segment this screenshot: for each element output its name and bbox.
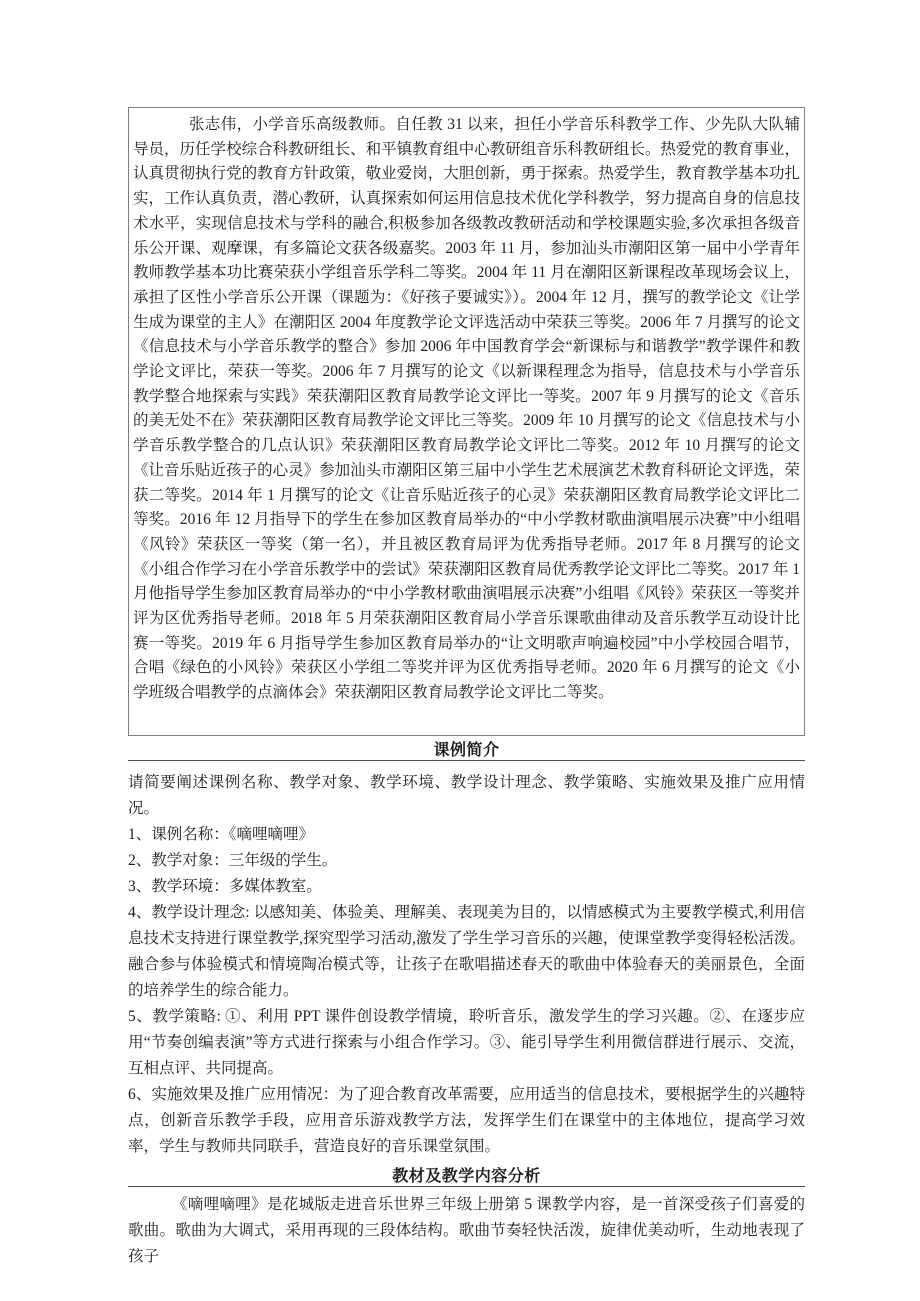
teacher-profile-cell: 张志伟，小学音乐高级教师。自任教 31 以来，担任小学音乐科教学工作、少先队大队… (128, 107, 805, 736)
teaching-target-item: 2、教学对象：三年级的学生。 (128, 848, 805, 874)
course-intro-prompt: 请简要阐述课例名称、教学对象、教学环境、教学设计理念、教学策略、实施效果及推广应… (128, 770, 805, 822)
design-concept-item: 4、教学设计理念: 以感知美、体验美、理解美、表现美为目的，以情感模式为主要教学… (128, 900, 805, 1004)
teacher-bio-paragraph: 张志伟，小学音乐高级教师。自任教 31 以来，担任小学音乐科教学工作、少先队大队… (133, 113, 800, 706)
course-intro-title-text: 课例简介 (433, 737, 499, 760)
teaching-environment-item: 3、教学环境：多媒体教室。 (128, 874, 805, 900)
implementation-effect-item: 6、实施效果及推广应用情况：为了迎合教育改革需要，应用适当的信息技术，要根据学生… (128, 1082, 805, 1160)
document-page: 张志伟，小学音乐高级教师。自任教 31 以来，担任小学音乐科教学工作、少先队大队… (0, 0, 920, 1301)
section-title-course-intro: 课例简介 (128, 736, 805, 761)
course-intro-body: 请简要阐述课例名称、教学对象、教学环境、教学设计理念、教学策略、实施效果及推广应… (128, 761, 805, 1160)
document-table: 张志伟，小学音乐高级教师。自任教 31 以来，担任小学音乐科教学工作、少先队大队… (128, 107, 805, 1270)
teaching-strategy-item: 5、教学策略: ①、利用 PPT 课件创设教学情境，聆听音乐，激发学生的学习兴趣… (128, 1004, 805, 1082)
material-analysis-paragraph: 《嘀哩嘀哩》是花城版走进音乐世界三年级上册第 5 课教学内容，是一首深受孩子们喜… (128, 1187, 805, 1270)
section-title-material-analysis: 教材及教学内容分析 (128, 1162, 805, 1187)
course-name-item: 1、课例名称：《嘀哩嘀哩》 (128, 822, 805, 848)
material-analysis-title-text: 教材及教学内容分析 (392, 1163, 541, 1186)
